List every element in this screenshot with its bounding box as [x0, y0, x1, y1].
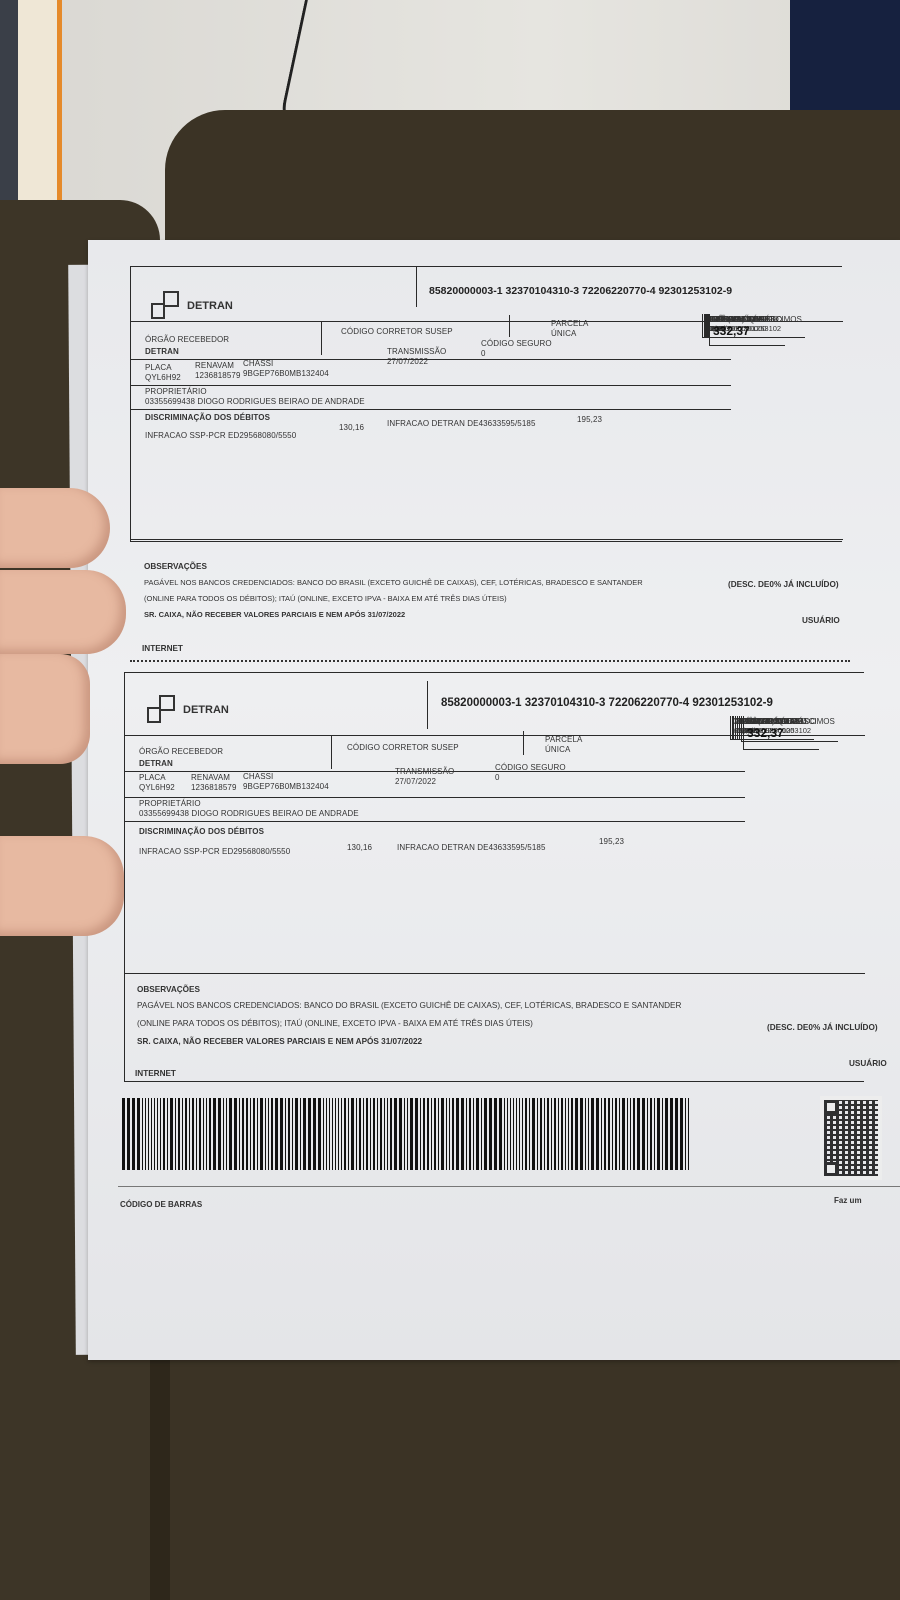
linha-digitavel-2[interactable]: 85820000003-1 32370104310-3 72206220770-…	[441, 697, 773, 709]
obs-title: OBSERVAÇÕES	[144, 562, 207, 571]
box-valor-cobrado: VALOR COBRADO332,37	[709, 314, 785, 346]
background-cushion	[790, 0, 900, 110]
label-discriminacao: DISCRIMINAÇÃO DOS DÉBITOS	[139, 827, 264, 837]
hand-finger	[0, 570, 126, 654]
label-renavam: RENAVAM	[191, 773, 230, 783]
value-placa: QYL6H92	[145, 373, 181, 383]
debito-2-valor: 195,23	[599, 837, 624, 847]
debito-2-descricao: INFRACAO DETRAN DE43633595/5185	[397, 843, 546, 853]
hand-finger	[0, 654, 90, 764]
debito-1-descricao: INFRACAO SSP-PCR ED29568080/5550	[145, 431, 296, 441]
value-parcela: ÚNICA	[545, 745, 570, 755]
obs-line-1: PAGÁVEL NOS BANCOS CREDENCIADOS: BANCO D…	[137, 1001, 681, 1010]
value-proprietario: 03355699438 DIOGO RODRIGUES BEIRAO DE AN…	[139, 809, 359, 819]
value-transmissao: 27/07/2022	[395, 777, 436, 787]
label-parcela: PARCELA	[551, 319, 588, 329]
label-proprietario: PROPRIETÁRIO	[139, 799, 201, 809]
debito-1-valor: 130,16	[347, 843, 372, 853]
value-placa: QYL6H92	[139, 783, 175, 793]
value-orgao: DETRAN	[139, 759, 173, 769]
value-parcela: ÚNICA	[551, 329, 576, 339]
value-chassi: 9BGEP76B0MB132404	[243, 369, 329, 379]
label-transmissao: TRANSMISSÃO	[387, 347, 446, 357]
label-codigo-corretor: CÓDIGO CORRETOR SUSEP	[347, 743, 459, 753]
obs-line-2: (ONLINE PARA TODOS OS DÉBITOS); ITAÚ (ON…	[137, 1019, 533, 1028]
value-codigo-seguro: 0	[495, 773, 500, 783]
detran-logo-2: DETRAN	[145, 693, 229, 727]
detran-logo-icon	[149, 289, 183, 323]
debito-2-valor: 195,23	[577, 415, 602, 425]
cut-line	[130, 660, 850, 662]
value-codigo-seguro: 0	[481, 349, 486, 359]
background-pole	[18, 0, 62, 200]
obs-line-3: SR. CAIXA, NÃO RECEBER VALORES PARCIAIS …	[137, 1037, 422, 1046]
label-orgao: ÓRGÃO RECEBEDOR	[139, 747, 223, 757]
obs-line-1: PAGÁVEL NOS BANCOS CREDENCIADOS: BANCO D…	[144, 578, 643, 587]
label-codigo-seguro: CÓDIGO SEGURO	[495, 763, 566, 773]
usuario-label: USUÁRIO	[802, 616, 840, 625]
debito-2-descricao: INFRACAO DETRAN DE43633595/5185	[387, 419, 536, 429]
pix-hint: Faz um	[834, 1196, 862, 1205]
value-orgao: DETRAN	[145, 347, 179, 357]
obs-line-2: (ONLINE PARA TODOS OS DÉBITOS); ITAÚ (ON…	[144, 594, 507, 603]
hand-finger	[0, 836, 124, 936]
payment-slip: DETRAN 85820000003-1 32370104310-3 72206…	[88, 240, 900, 1360]
value-chassi: 9BGEP76B0MB132404	[243, 782, 329, 792]
label-orgao: ÓRGÃO RECEBEDOR	[145, 335, 229, 345]
detran-logo: DETRAN	[149, 289, 233, 323]
desconto-note: (DESC. DE0% JÁ INCLUÍDO)	[767, 1023, 878, 1032]
label-parcela: PARCELA	[545, 735, 582, 745]
canal-label: INTERNET	[135, 1069, 176, 1078]
obs-line-3: SR. CAIXA, NÃO RECEBER VALORES PARCIAIS …	[144, 610, 405, 619]
label-chassi: CHASSI	[243, 359, 273, 369]
detran-logo-icon	[145, 693, 179, 727]
hand-finger	[0, 488, 110, 568]
stub-receipt: DETRAN 85820000003-1 32370104310-3 72206…	[130, 266, 842, 542]
value-renavam: 1236818579	[195, 371, 241, 381]
issuer-name: DETRAN	[187, 300, 233, 312]
pix-qr-code[interactable]	[820, 1096, 882, 1180]
value-transmissao: 27/07/2022	[387, 357, 428, 367]
value-proprietario: 03355699438 DIOGO RODRIGUES BEIRAO DE AN…	[145, 397, 365, 407]
linha-digitavel[interactable]: 85820000003-1 32370104310-3 72206220770-…	[429, 285, 732, 297]
label-placa: PLACA	[145, 363, 172, 373]
label-proprietario: PROPRIETÁRIO	[145, 387, 207, 397]
debito-1-descricao: INFRACAO SSP-PCR ED29568080/5550	[139, 847, 290, 857]
background-object	[0, 0, 18, 200]
box-valor-cobrado: VALOR COBRADO332,37	[743, 716, 819, 750]
barcode[interactable]	[122, 1098, 691, 1170]
label-codigo-corretor: CÓDIGO CORRETOR SUSEP	[341, 327, 453, 337]
label-placa: PLACA	[139, 773, 166, 783]
debito-1-valor: 130,16	[339, 423, 364, 433]
codigo-barras-label: CÓDIGO DE BARRAS	[120, 1200, 202, 1209]
desconto-note: (DESC. DE0% JÁ INCLUÍDO)	[728, 580, 839, 589]
label-discriminacao: DISCRIMINAÇÃO DOS DÉBITOS	[145, 413, 270, 423]
label-renavam: RENAVAM	[195, 361, 234, 371]
canal-label: INTERNET	[142, 644, 183, 653]
label-chassi: CHASSI	[243, 772, 273, 782]
value-renavam: 1236818579	[191, 783, 237, 793]
label-transmissao: TRANSMISSÃO	[395, 767, 454, 777]
obs-title: OBSERVAÇÕES	[137, 985, 200, 994]
issuer-name: DETRAN	[183, 704, 229, 716]
label-codigo-seguro: CÓDIGO SEGURO	[481, 339, 552, 349]
usuario-label: USUÁRIO	[849, 1059, 887, 1068]
